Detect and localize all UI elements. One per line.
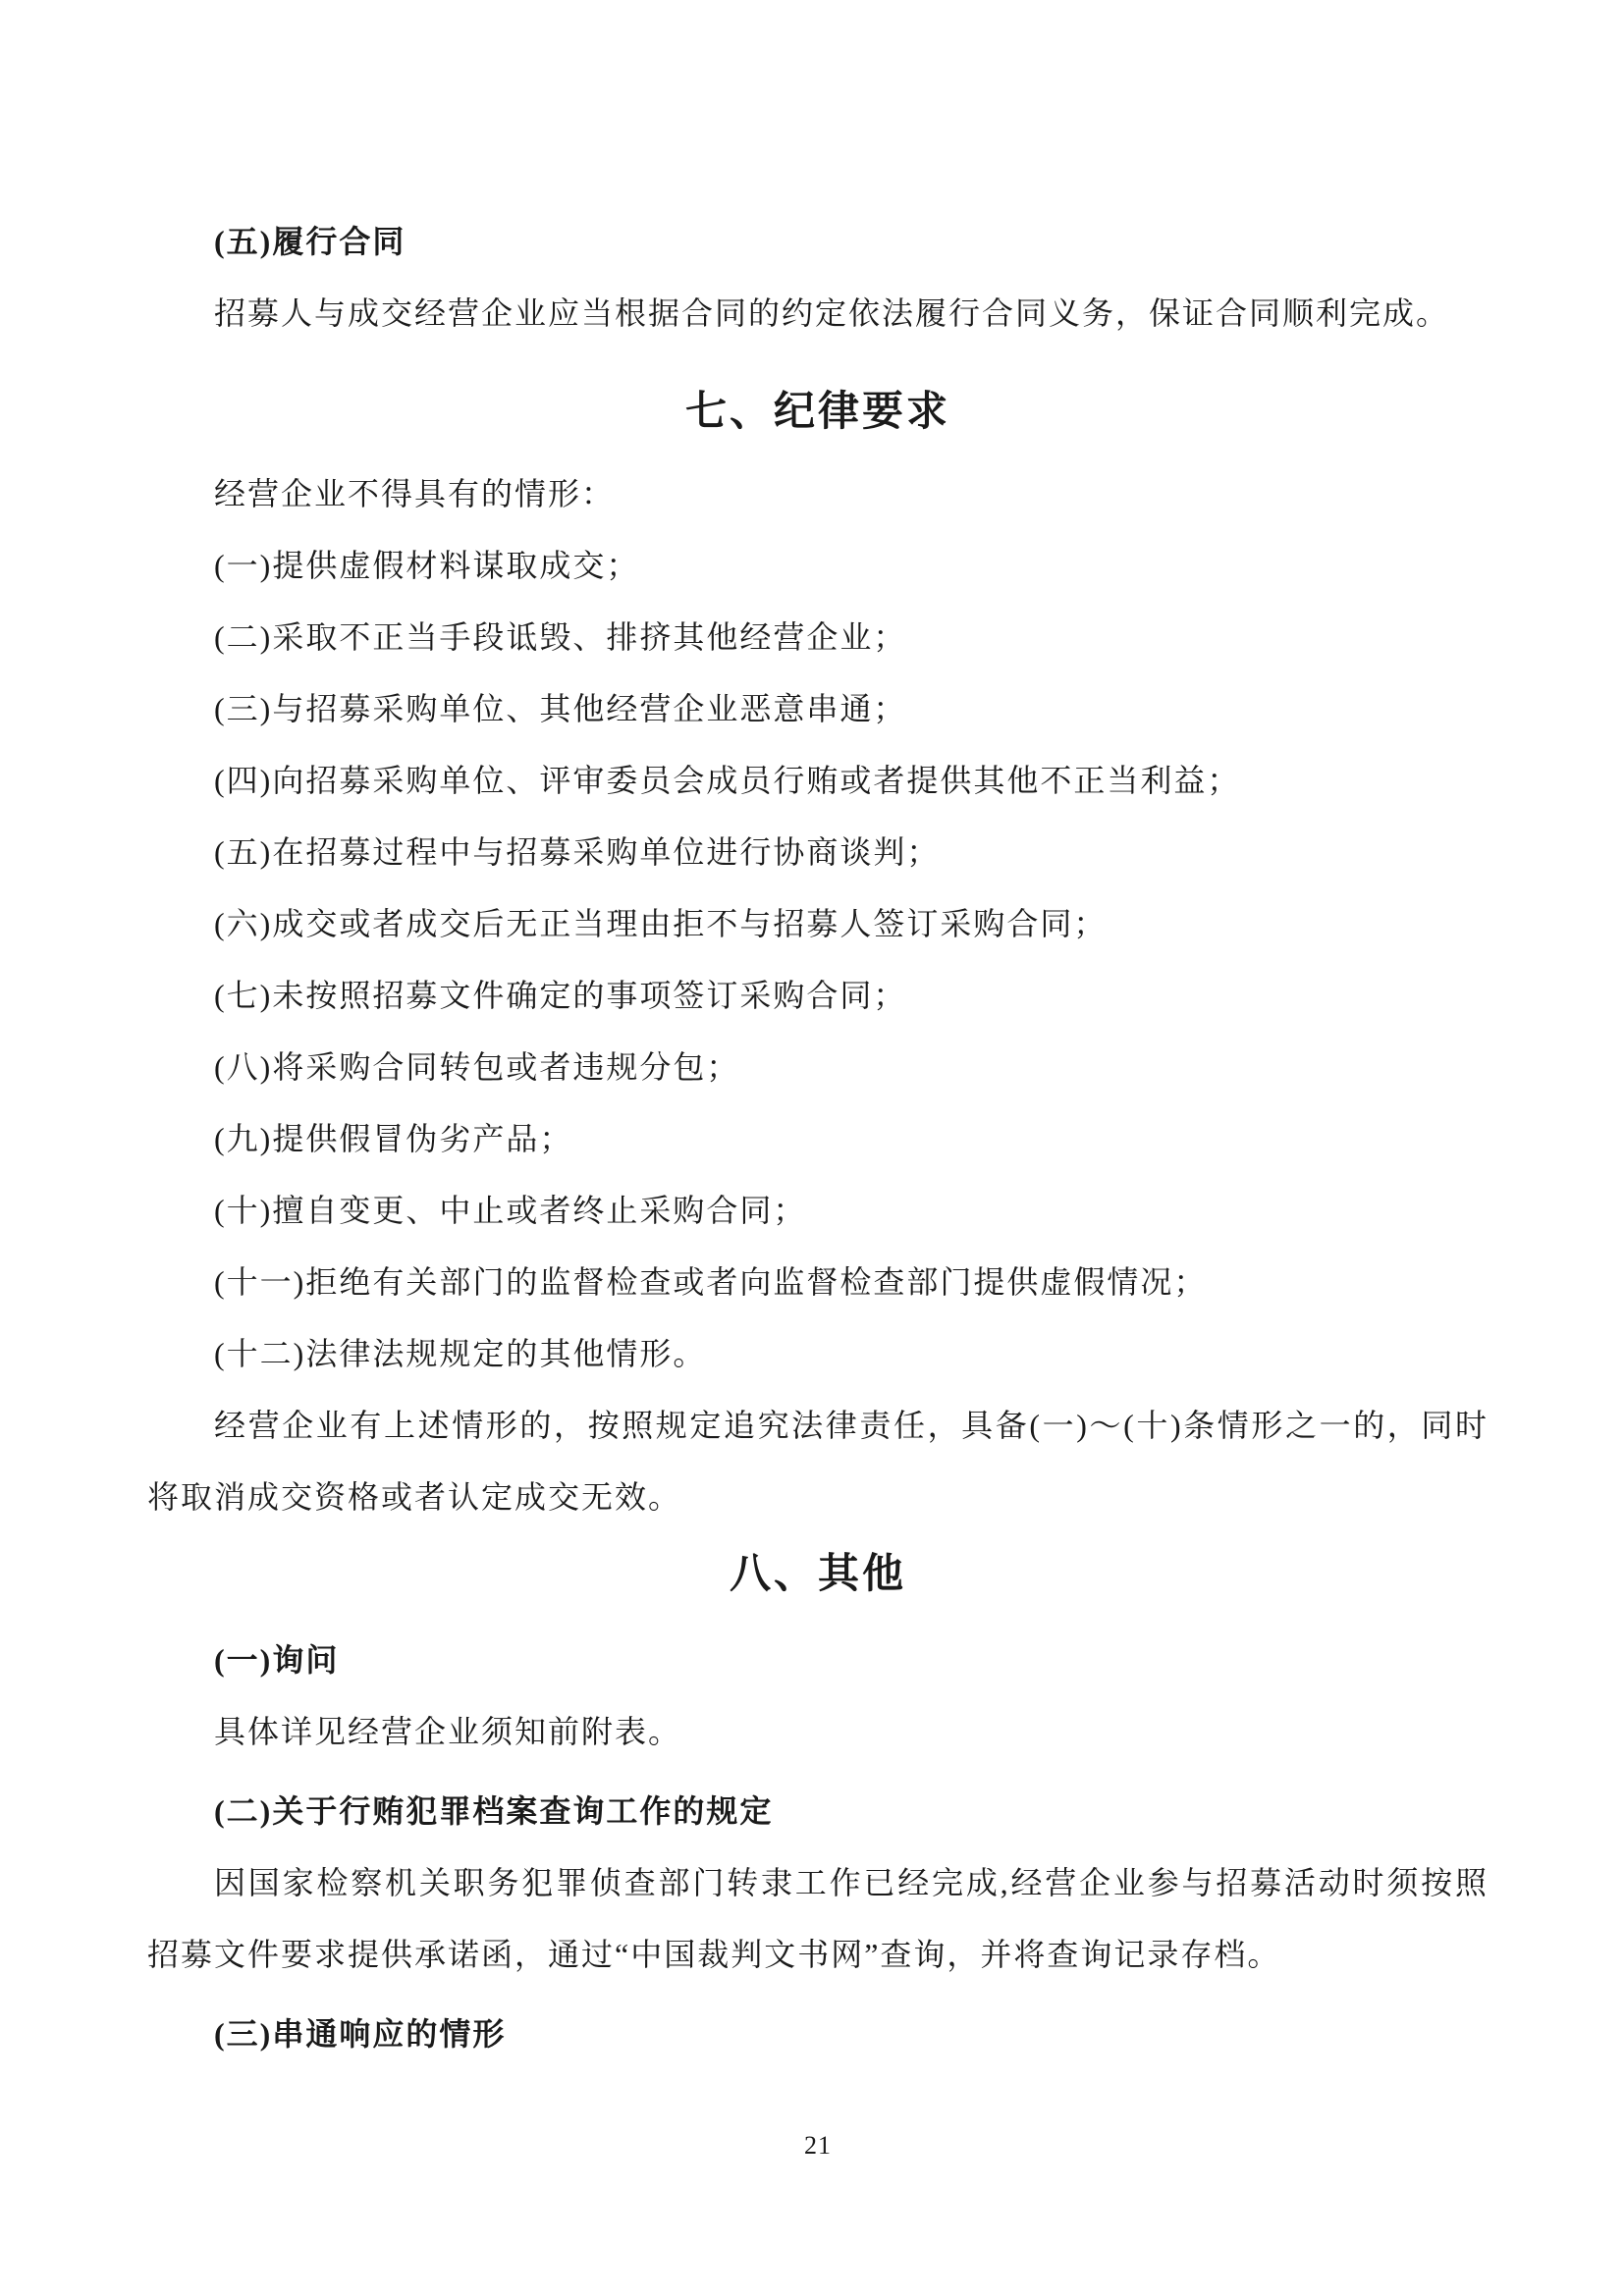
list-item: (六)成交或者成交后无正当理由拒不与招募人签订采购合同； <box>147 888 1489 960</box>
document-page: (五)履行合同 招募人与成交经营企业应当根据合同的约定依法履行合同义务，保证合同… <box>0 0 1624 2162</box>
section7-title: 七、纪律要求 <box>147 377 1489 449</box>
section8-title: 八、其他 <box>147 1539 1489 1611</box>
page-number: 21 <box>147 2129 1489 2162</box>
section8-sub1-heading: (一)询问 <box>147 1625 1489 1696</box>
list-item: (十二)法律法规规定的其他情形。 <box>147 1318 1489 1390</box>
list-item: (一)提供虚假材料谋取成交； <box>147 530 1489 602</box>
section8-sub3-heading: (三)串通响应的情形 <box>147 1999 1489 2070</box>
list-item: (七)未按照招募文件确定的事项签订采购合同； <box>147 960 1489 1032</box>
section8-sub1-body: 具体详见经营企业须知前附表。 <box>147 1696 1489 1768</box>
list-item: (九)提供假冒伪劣产品； <box>147 1103 1489 1175</box>
list-item: (八)将采购合同转包或者违规分包； <box>147 1032 1489 1103</box>
section7-closing: 经营企业有上述情形的，按照规定追究法律责任，具备(一)～(十)条情形之一的，同时… <box>147 1390 1489 1533</box>
clause5-heading: (五)履行合同 <box>147 206 1489 278</box>
list-item: (十一)拒绝有关部门的监督检查或者向监督检查部门提供虚假情况； <box>147 1247 1489 1318</box>
list-item: (五)在招募过程中与招募采购单位进行协商谈判； <box>147 817 1489 888</box>
section8-sub2-heading: (二)关于行贿犯罪档案查询工作的规定 <box>147 1776 1489 1847</box>
clause5-body: 招募人与成交经营企业应当根据合同的约定依法履行合同义务，保证合同顺利完成。 <box>147 278 1489 349</box>
section8-sub2-body: 因国家检察机关职务犯罪侦查部门转隶工作已经完成,经营企业参与招募活动时须按照招募… <box>147 1847 1489 1991</box>
section7-intro: 经营企业不得具有的情形： <box>147 458 1489 530</box>
list-item: (二)采取不正当手段诋毁、排挤其他经营企业； <box>147 602 1489 673</box>
list-item: (十)擅自变更、中止或者终止采购合同； <box>147 1175 1489 1247</box>
list-item: (三)与招募采购单位、其他经营企业恶意串通； <box>147 673 1489 745</box>
list-item: (四)向招募采购单位、评审委员会成员行贿或者提供其他不正当利益； <box>147 745 1489 817</box>
